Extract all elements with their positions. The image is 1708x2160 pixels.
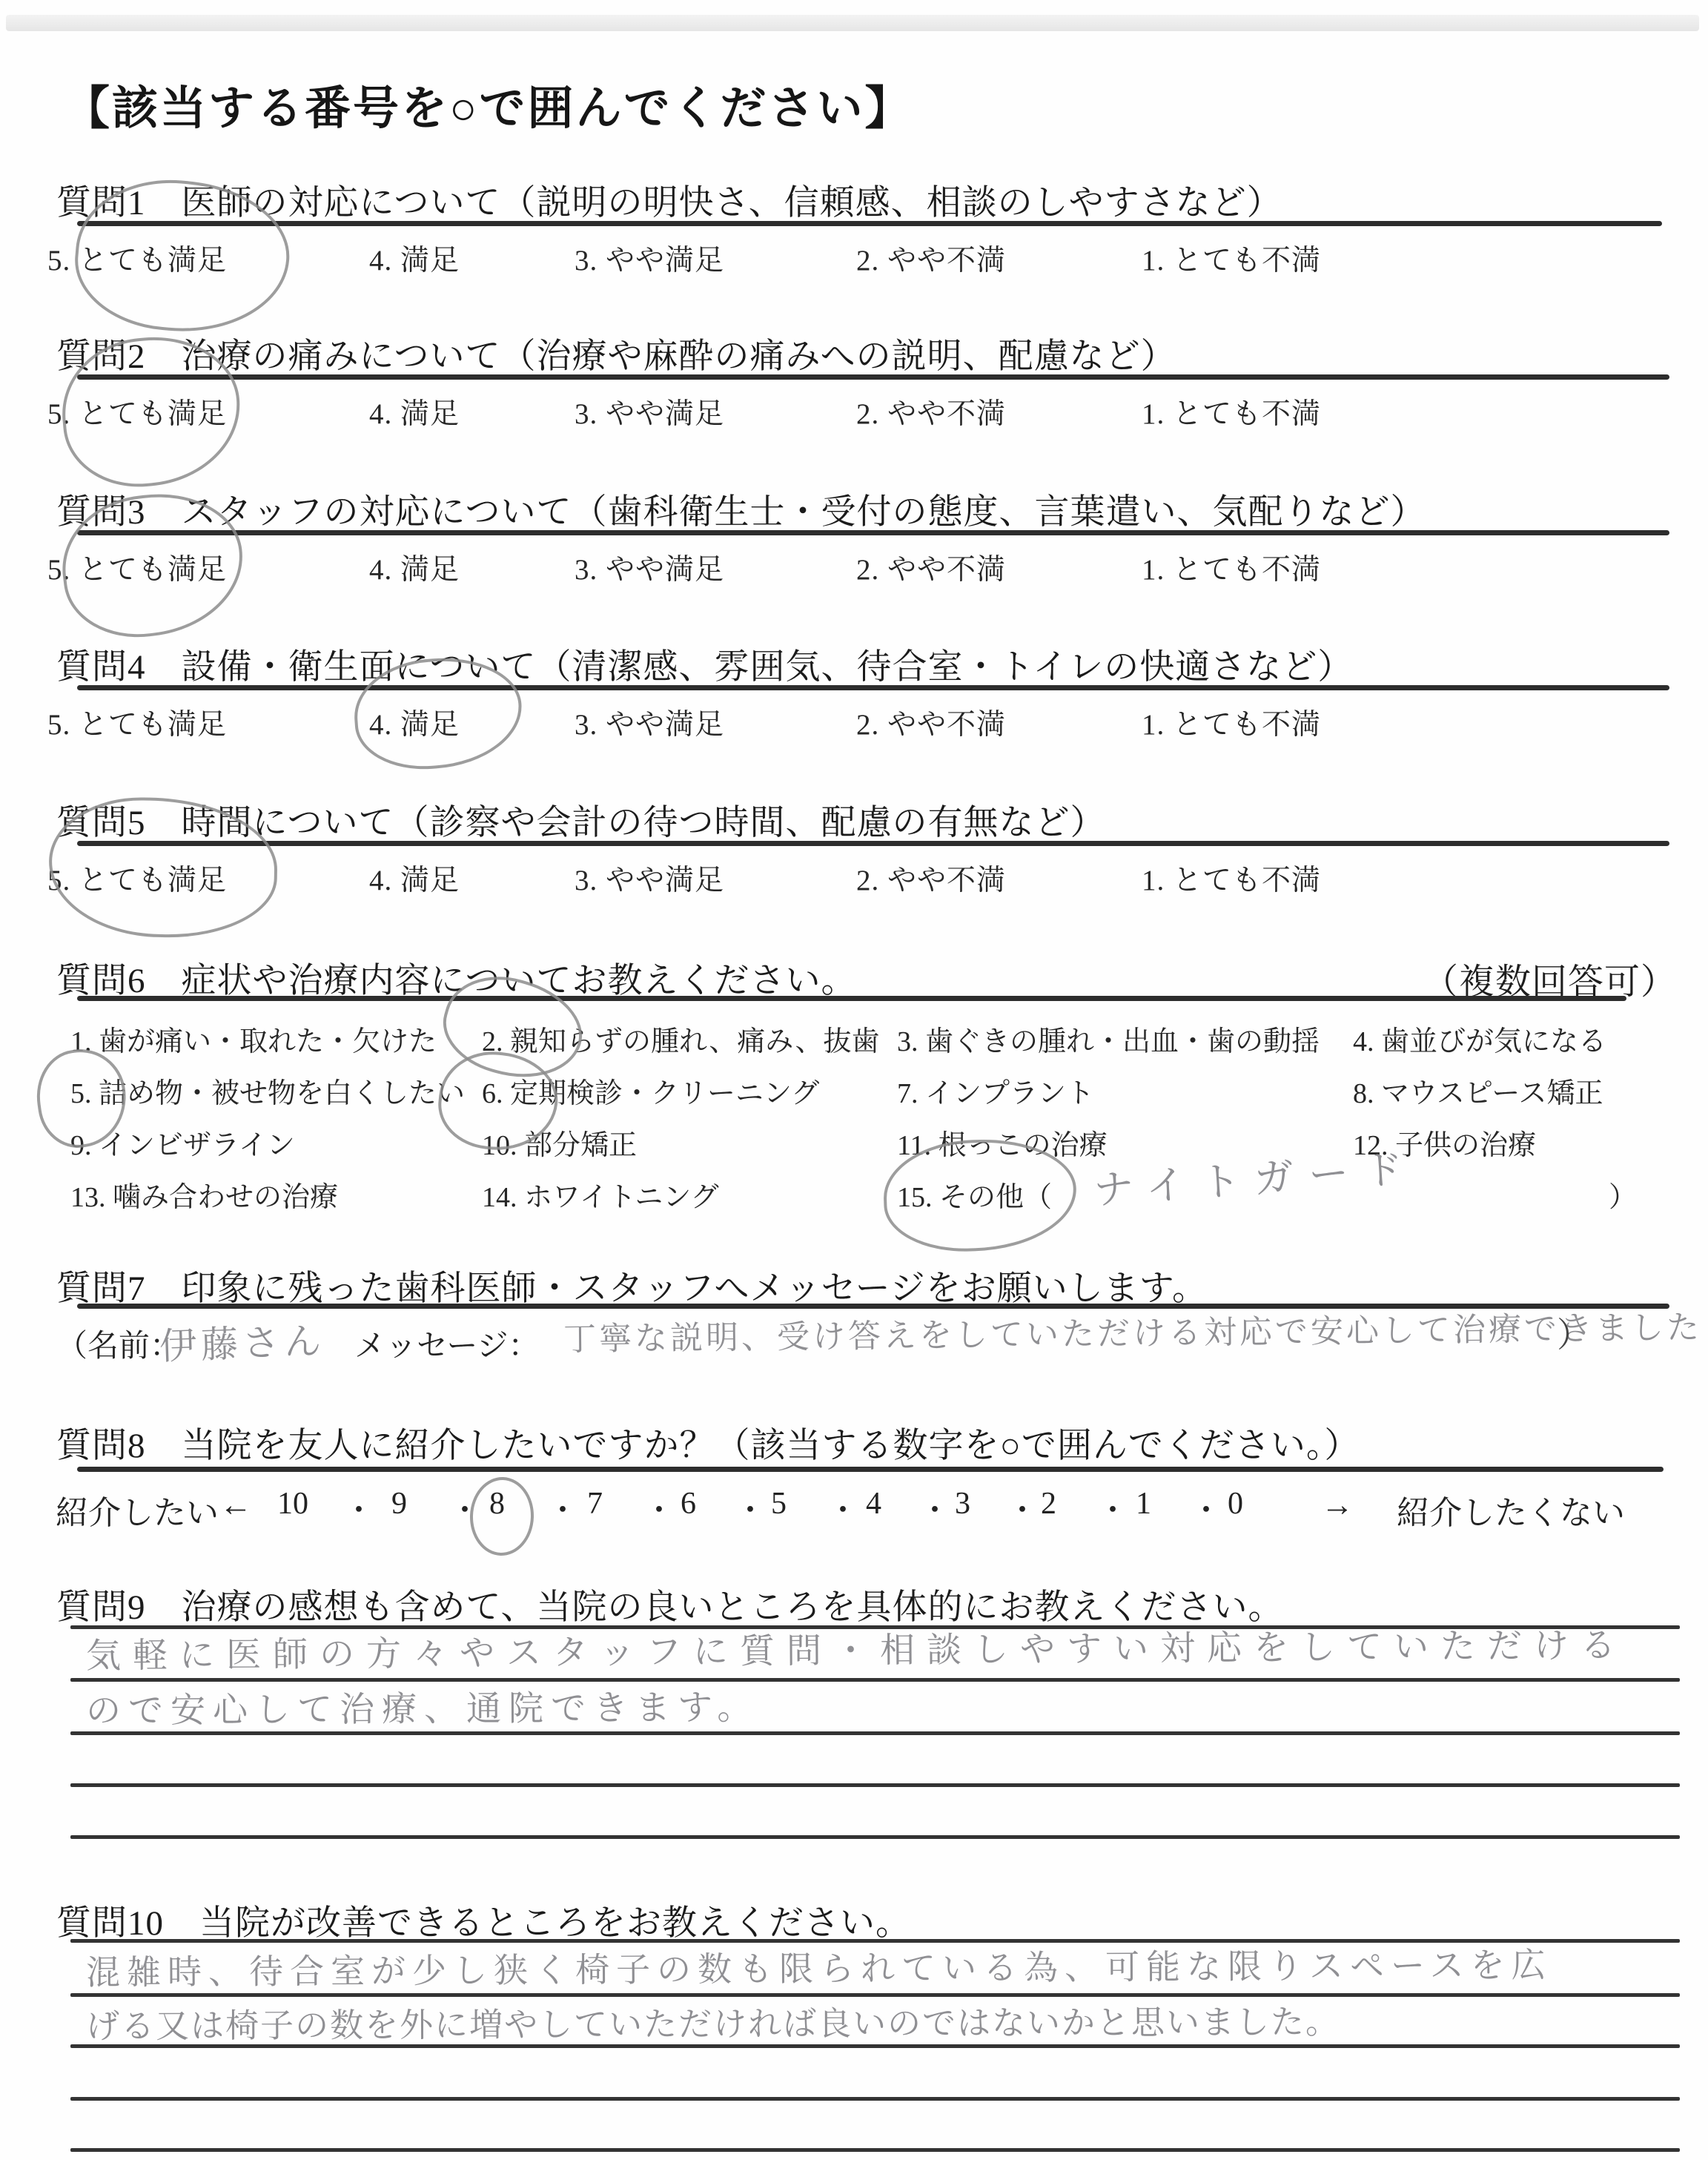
- scale-number-8: 8: [489, 1486, 505, 1522]
- rating-option-3: 3. やや満足: [575, 237, 724, 279]
- scan-artifact-bar: [6, 15, 1699, 31]
- rating-option-5: 5. とても満足: [47, 701, 227, 743]
- divider-line: [77, 841, 1669, 846]
- question-7-title: 質問7 印象に残った歯科医師・スタッフへメッセージをお願いします。: [56, 1261, 1208, 1310]
- rating-option-5: 5. とても満足: [47, 546, 227, 588]
- scale-dot: ・: [1191, 1486, 1222, 1530]
- scale-dot: ・: [735, 1486, 766, 1530]
- rating-option-1: 1. とても不満: [1142, 237, 1321, 279]
- rating-option-3: 3. やや満足: [575, 391, 724, 432]
- rating-option-1: 1. とても不満: [1142, 546, 1321, 588]
- divider-line: [77, 221, 1662, 226]
- scale-number-3: 3: [955, 1486, 970, 1522]
- symptom-item-4: 4. 歯並びが気になる: [1353, 1018, 1606, 1059]
- question-3-title: 質問3 スタッフの対応について（歯科衛生士・受付の態度、言葉遣い、気配りなど）: [56, 484, 1426, 534]
- scale-number-4: 4: [866, 1486, 881, 1522]
- symptom-item-1: 1. 歯が痛い・取れた・欠けた: [70, 1018, 437, 1059]
- not-recommend-label: 紹介したくない: [1397, 1486, 1625, 1533]
- question-5-title: 質問5 時間について（診察や会計の待つ時間、配慮の有無など）: [56, 795, 1106, 845]
- symptom-item-15: 15. その他（: [897, 1174, 1052, 1215]
- scale-number-10: 10: [277, 1486, 308, 1522]
- question-1-title: 質問1 医師の対応について（説明の明快さ、信頼感、相談のしやすさなど）: [56, 175, 1282, 225]
- divider-line: [77, 530, 1669, 535]
- scanned-survey-page: 【該当する番号を○で囲んでください】 質問1 医師の対応について（説明の明快さ、…: [0, 0, 1708, 2160]
- question-8-title: 質問8 当院を友人に紹介したいですか？（該当する数字を○で囲んでください。）: [56, 1418, 1360, 1467]
- scale-dot: ・: [547, 1486, 578, 1530]
- scale-number-7: 7: [587, 1486, 603, 1522]
- ruled-line: [70, 2148, 1680, 2152]
- handwritten-answer-line: ので安心して治療、通院できます。: [86, 1680, 760, 1733]
- scale-dot: ・: [1007, 1486, 1038, 1530]
- rating-option-3: 3. やや満足: [575, 701, 724, 743]
- rating-option-5: 5. とても満足: [47, 391, 227, 432]
- question-2-title: 質問2 治療の痛みについて（治療や麻酔の痛みへの説明、配慮など）: [56, 328, 1176, 378]
- scale-dot: ・: [449, 1486, 480, 1530]
- rating-option-2: 2. やや不満: [856, 237, 1006, 279]
- symptom-item-7: 7. インプラント: [897, 1070, 1094, 1111]
- rating-option-4: 4. 満足: [369, 857, 460, 899]
- recommend-label: 紹介したい: [56, 1486, 219, 1533]
- rating-option-2: 2. やや不満: [856, 391, 1006, 432]
- symptom-item-3: 3. 歯ぐきの腫れ・出血・歯の動揺: [897, 1018, 1320, 1059]
- message-close-paren: ）: [1557, 1308, 1591, 1357]
- question-4-title: 質問4 設備・衛生面について（清潔感、雰囲気、待合室・トイレの快適さなど）: [56, 639, 1353, 689]
- scale-number-6: 6: [681, 1486, 696, 1522]
- scale-dot: ・: [343, 1486, 374, 1530]
- divider-line: [77, 685, 1669, 690]
- symptom-item-9: 9. インビザライン: [70, 1122, 295, 1163]
- scale-number-0: 0: [1228, 1486, 1243, 1522]
- handwritten-answer-line: 混雑時、待合室が少し狭く椅子の数も限られている為、可能な限りスペースを広: [86, 1938, 1552, 1995]
- symptom-item-2: 2. 親知らずの腫れ、痛み、抜歯: [482, 1018, 880, 1059]
- rating-option-4: 4. 満足: [369, 546, 460, 588]
- ruled-line: [70, 1678, 1680, 1682]
- rating-option-4: 4. 満足: [369, 701, 460, 743]
- rating-option-5: 5. とても満足: [47, 237, 227, 279]
- message-label: メッセージ：: [354, 1321, 539, 1366]
- scale-number-9: 9: [391, 1486, 407, 1522]
- handwritten-name: 伊藤さん: [159, 1311, 326, 1370]
- scale-dot: ・: [919, 1486, 950, 1530]
- handwritten-answer-line: げる又は椅子の数を外に増やしていただければ良いのではないかと思いました。: [86, 1995, 1340, 2047]
- rating-option-1: 1. とても不満: [1142, 391, 1321, 432]
- rating-option-4: 4. 満足: [369, 391, 460, 432]
- scale-number-1: 1: [1136, 1486, 1151, 1522]
- symptom-item-6: 6. 定期検診・クリーニング: [482, 1070, 819, 1111]
- ruled-line: [70, 1835, 1680, 1839]
- scale-number-5: 5: [771, 1486, 787, 1522]
- left-arrow: ←: [219, 1486, 252, 1524]
- divider-line: [77, 1467, 1664, 1472]
- symptom-item-5: 5. 詰め物・被せ物を白くしたい: [70, 1070, 465, 1111]
- rating-option-1: 1. とても不満: [1142, 857, 1321, 899]
- rating-option-2: 2. やや不満: [856, 546, 1006, 588]
- rating-option-5: 5. とても満足: [47, 857, 227, 899]
- divider-line: [77, 374, 1669, 380]
- question-10-title: 質問10 当院が改善できるところをお教えください。: [56, 1895, 911, 1945]
- scale-dot: ・: [1097, 1486, 1128, 1530]
- rating-option-3: 3. やや満足: [575, 546, 724, 588]
- ruled-line: [70, 1783, 1680, 1787]
- rating-option-3: 3. やや満足: [575, 857, 724, 899]
- symptom-item-11: 11. 根っこの治療: [897, 1122, 1108, 1163]
- question-6-title: 質問6 症状や治療内容についてお教えください。: [56, 953, 857, 1003]
- handwritten-other-answer: ナイトガード: [1091, 1136, 1420, 1215]
- rating-option-2: 2. やや不満: [856, 701, 1006, 743]
- symptom-item-8: 8. マウスピース矯正: [1353, 1070, 1603, 1111]
- other-close-paren: ）: [1609, 1174, 1637, 1215]
- right-arrow: →: [1321, 1486, 1354, 1524]
- rating-option-2: 2. やや不満: [856, 857, 1006, 899]
- ruled-line: [70, 2097, 1680, 2101]
- symptom-item-14: 14. ホワイトニング: [482, 1174, 719, 1215]
- symptom-item-13: 13. 噛み合わせの治療: [70, 1174, 338, 1215]
- survey-header: 【該当する番号を○で囲んでください】: [64, 71, 913, 137]
- symptom-item-10: 10. 部分矯正: [482, 1122, 637, 1163]
- scale-dot: ・: [643, 1486, 675, 1530]
- ruled-line: [70, 1731, 1680, 1735]
- rating-option-1: 1. とても不満: [1142, 701, 1321, 743]
- divider-line: [77, 996, 1626, 1001]
- scale-number-2: 2: [1041, 1486, 1056, 1522]
- scale-dot: ・: [827, 1486, 858, 1530]
- rating-option-4: 4. 満足: [369, 237, 460, 279]
- handwritten-answer-line: 気軽に医師の方々やスタッフに質問・相談しやすい対応をしていただける: [86, 1617, 1627, 1678]
